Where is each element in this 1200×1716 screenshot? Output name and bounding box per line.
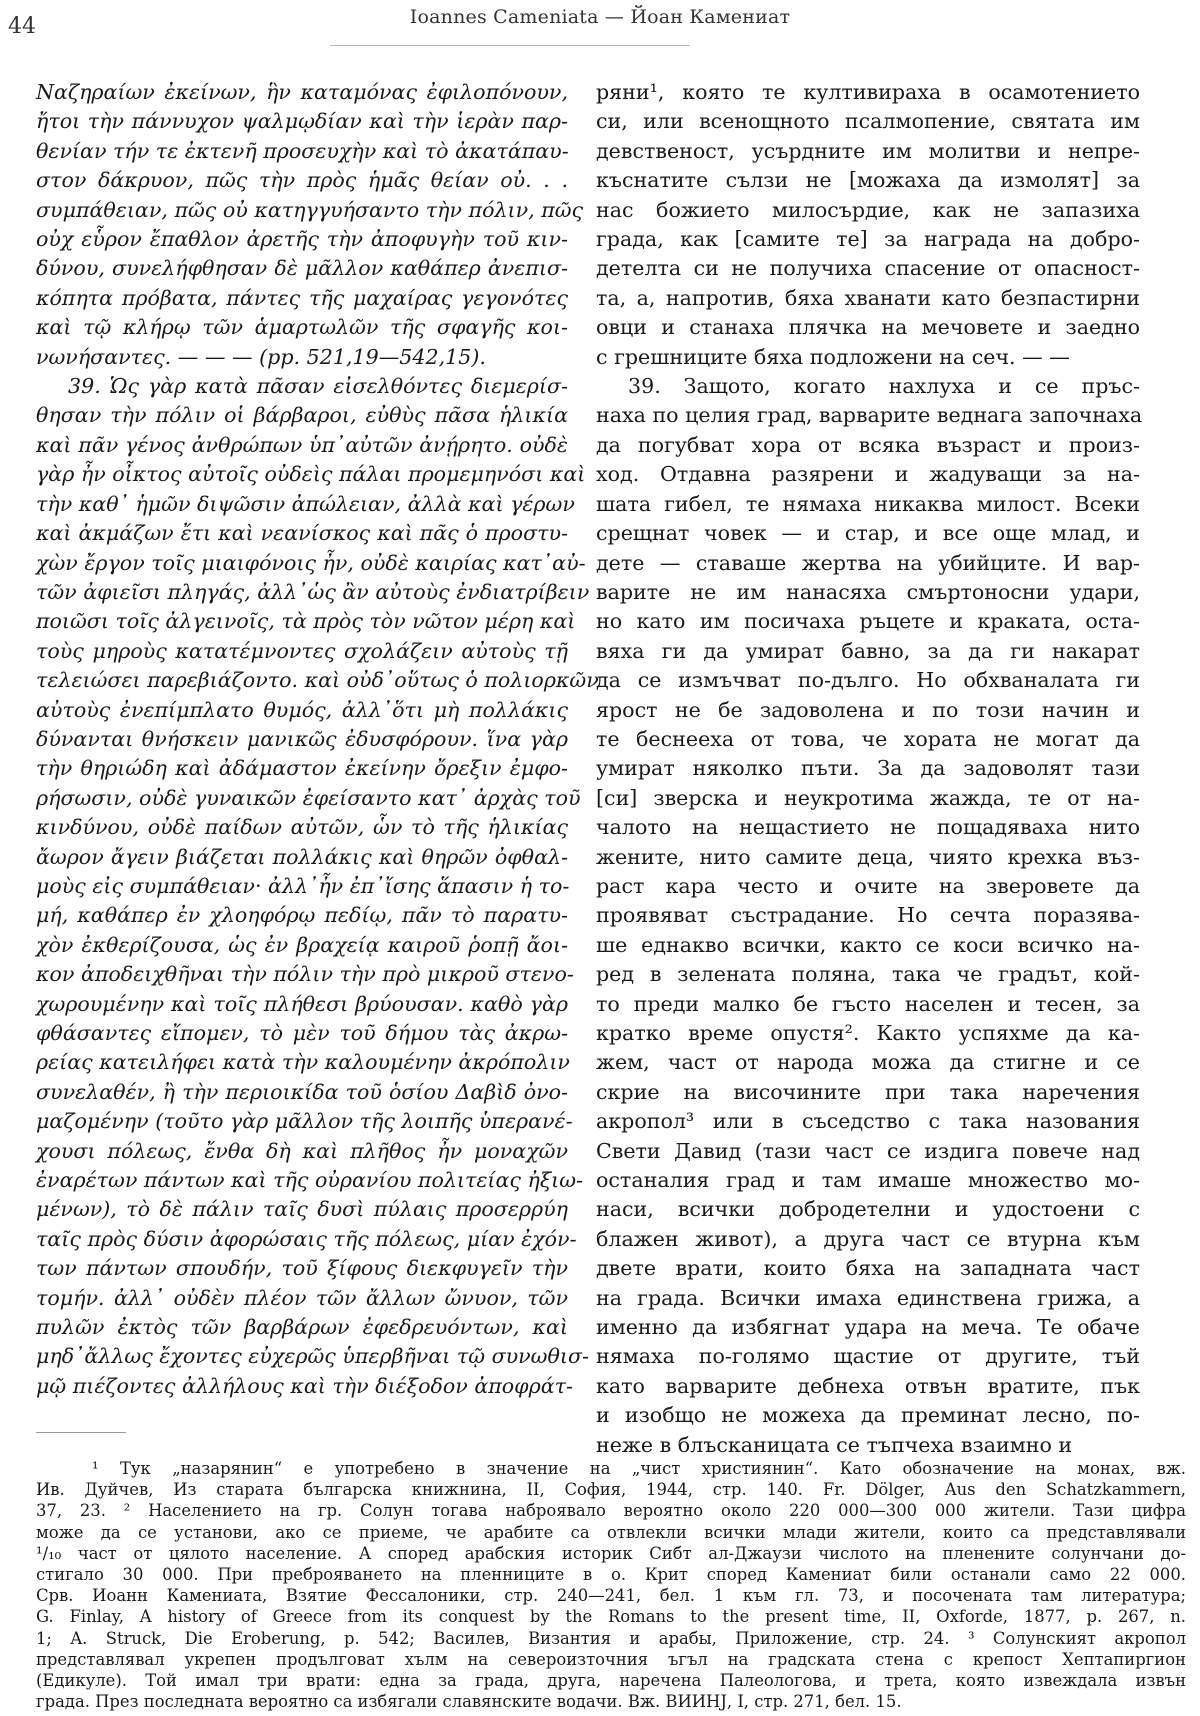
bulgarian-text-line: неже в блъсканицата се тъпчеха взаимно и (596, 1431, 1140, 1460)
bulgarian-text-line: и изобщо не можеха да преминат лесно, по… (596, 1401, 1140, 1430)
greek-text-line: των πάντων σπουδήν, τοῦ ξίφους διεκφυγεῖ… (36, 1254, 568, 1283)
bulgarian-text-column: ряни¹, която те култивираха в осамотение… (596, 78, 1140, 1460)
bulgarian-text-line: като варварите дебнеха отвън вратите, пъ… (596, 1372, 1140, 1401)
greek-text-line: τοὺς μηροὺς κατατέμνοντες σχολάζειν αὐτο… (36, 637, 568, 666)
bulgarian-text-line: да се измъчват по-дълго. Но обхваналата … (596, 666, 1140, 695)
greek-text-line: τῶν ἀφιεῖσι πληγάς, ἀλλ᾽ὡς ἂν αὐτοὺς ἐνδ… (36, 578, 568, 607)
greek-text-line: δύνανται θνήσκειν μανικῶς ἐδυσφόρουν. ἵν… (36, 725, 568, 754)
footnote-line: 1; A. Struck, Die Eroberung, p. 542; Вас… (36, 1628, 1186, 1649)
greek-text-line: ρήσωσιν, οὐδὲ γυναικῶν ἐφείσαντο κατ᾽ ἀρ… (36, 784, 568, 813)
bulgarian-text-line: ред в зелената поляна, така че градът, к… (596, 960, 1140, 989)
greek-text-line: χὸν ἐκθερίζουσα, ὡς ἐν βραχείᾳ καιροῦ ῥο… (36, 931, 568, 960)
greek-text-line: καὶ τῷ κλήρῳ τῶν ἁμαρτωλῶν τῆς σφαγῆς κο… (36, 313, 568, 342)
greek-text-line: στον δάκρυον, πῶς τὴν πρὸς ἡμᾶς θείαν οὐ… (36, 166, 568, 195)
bulgarian-text-line: наси, всички добродетелни и удостоени с (596, 1195, 1140, 1224)
bulgarian-text-line: вяха ги да умират бавно, за да ги накара… (596, 637, 1140, 666)
greek-text-line: καὶ πᾶν γένος ἀνθρώπων ὑπ᾽αὐτῶν ἀνῄρητο.… (36, 431, 568, 460)
greek-text-line: κινδύνου, οὐδὲ παίδων αὐτῶν, ὧν τὸ τῆς ἡ… (36, 813, 568, 842)
greek-text-line: οὐχ εὗρον ἔπαθλον ἀρετῆς τὴν ἀποφυγὴν το… (36, 225, 568, 254)
greek-text-line: συμπάθειαν, πῶς οὐ κατηγγυήσαντο τὴν πόλ… (36, 196, 568, 225)
footnote-line: Срв. Иоанн Камениата, Взятие Фессалоники… (36, 1585, 1186, 1606)
bulgarian-text-line: града, как [самите те] за награда на доб… (596, 225, 1140, 254)
greek-text-column: Ναζηραίων ἐκείνων, ἣν καταμόνας ἐφιλοπόν… (36, 78, 568, 1401)
greek-text-line: μῷ πιέζοντες ἀλλήλους καὶ τὴν διέξοδον ἀ… (36, 1372, 568, 1401)
bulgarian-text-line: на града. Всички имаха единствена грижа,… (596, 1284, 1140, 1313)
greek-text-line: καὶ ἀκμάζων ἔτι καὶ νεανίσκος καὶ πᾶς ὁ … (36, 519, 568, 548)
footnote-rule (36, 1432, 126, 1433)
greek-text-line: τομήν. ἀλλ᾽ οὐδὲν πλέον τῶν ἄλλων ὤνυον,… (36, 1284, 568, 1313)
bulgarian-text-line: нас божието милосърдие, как не запазиха (596, 196, 1140, 225)
footnote-line: (Едикуле). Той имал три врати: една за г… (36, 1670, 1186, 1691)
bulgarian-text-line: ярост не бе задоволена и по този начин и (596, 696, 1140, 725)
bulgarian-text-line: но като им посичаха ръцете и краката, ос… (596, 607, 1140, 636)
bulgarian-text-line: блажен живот), а друга част се втурна къ… (596, 1225, 1140, 1254)
greek-text-line: τὴν θηριώδη καὶ ἀδάμαστον ἐκείνην ὄρεξιν… (36, 754, 568, 783)
greek-text-line: μηδ᾽ἄλλως ἔχοντες εὐχερῶς ὑπερβῆναι τῷ σ… (36, 1342, 568, 1371)
bulgarian-text-line: срещнат човек — и стар, и все още млад, … (596, 519, 1140, 548)
bulgarian-text-line: си, или всенощното псалмопение, святата … (596, 107, 1140, 136)
footnote-line: Ив. Дуйчев, Из старата българска книжнин… (36, 1479, 1186, 1500)
greek-text-line: συνελαθέν, ἢ τὴν περιοικίδα τοῦ ὁσίου Δα… (36, 1078, 568, 1107)
footnote-line: стигало 30 000. При преброяването на пле… (36, 1564, 1186, 1585)
footnote-line: G. Finlay, A history of Greece from its … (36, 1606, 1186, 1627)
greek-text-line: κον ἀποδειχθῆναι τὴν πόλιν τὴν πρὸ μικρο… (36, 960, 568, 989)
greek-text-line: ἄωρον ἄγειν βιάζεται πολλάκις καὶ θηρῶν … (36, 843, 568, 872)
bulgarian-text-line: да погубват хора от всяка възраст и прои… (596, 431, 1140, 460)
bulgarian-text-line: девственост, усърдните им молитви и непр… (596, 137, 1140, 166)
footnote-line: 37, 23. ² Населението на гр. Солун тогав… (36, 1500, 1186, 1521)
bulgarian-text-line: с грешниците бяха подложени на сеч. — — (596, 343, 1140, 372)
greek-text-line: μένων), τὸ δὲ πάλιν ταῖς δυσὶ πύλαις προ… (36, 1195, 568, 1224)
footnote-line: може да се установи, ако се приеме, че а… (36, 1522, 1186, 1543)
bulgarian-text-line: къснатите сълзи не [можаха да измолят] з… (596, 166, 1140, 195)
greek-text-line: ἤτοι τὴν πάννυχον ψαλμῳδίαν καὶ τὴν ἱερὰ… (36, 107, 568, 136)
bulgarian-text-line: скрие на височините при така наречения (596, 1078, 1140, 1107)
greek-text-line: γὰρ ἦν οἶκτος αὐτοῖς οὐδεὶς πάλαι προμεμ… (36, 460, 568, 489)
footnote-line: представлявал укрепен продълговат хълм н… (36, 1649, 1186, 1670)
greek-text-line: νωνήσαντες. — — — (pp. 521,19—542,15). (36, 343, 568, 372)
greek-text-line: μή, καθάπερ ἐν χλοηφόρῳ πεδίῳ, πᾶν τὸ πα… (36, 901, 568, 930)
greek-text-line: θενίαν τήν τε ἐκτενῆ προσευχὴν καὶ τὸ ἀκ… (36, 137, 568, 166)
bulgarian-text-line: нямаха по-голямо щастие от другите, тъй (596, 1342, 1140, 1371)
bulgarian-text-line: варите не им нанасяха смъртоносни удари, (596, 578, 1140, 607)
greek-text-line: τελειώσει παρεβιάζοντο. καὶ οὐδ᾽οὕτως ὁ … (36, 666, 568, 695)
greek-text-line: ἐναρέτων πάντων καὶ τῆς οὐρανίου πολιτεί… (36, 1166, 568, 1195)
bulgarian-text-line: проявяват състрадание. Но сечта поразява… (596, 901, 1140, 930)
bulgarian-text-line: ше еднакво всички, както се коси всичко … (596, 931, 1140, 960)
greek-text-line: χουσι πόλεως, ἔνθα δὴ καὶ πλῆθος ἦν μονα… (36, 1137, 568, 1166)
bulgarian-text-line: акропол³ или в съседство с така назовани… (596, 1107, 1140, 1136)
bulgarian-text-line: то преди малко бе гъсто населен и тесен,… (596, 990, 1140, 1019)
bulgarian-text-line: чалото на нещастието не пощадяваха нито (596, 813, 1140, 842)
greek-text-line: χωρουμένην καὶ τοῖς πλήθεσι βρύουσαν. κα… (36, 990, 568, 1019)
bulgarian-text-line: жем, част от народа можа да стигне и се (596, 1048, 1140, 1077)
greek-text-line: ρείας κατειλήφει κατὰ τὴν καλουμένην ἀκρ… (36, 1048, 568, 1077)
bulgarian-text-line: шата гибел, те нямаха никаква милост. Вс… (596, 490, 1140, 519)
bulgarian-text-line: дете — ставаше жертва на убийците. И вар… (596, 549, 1140, 578)
greek-text-line: δύνου, συνελήφθησαν δὲ μᾶλλον καθάπερ ἀν… (36, 254, 568, 283)
footnote-line: града. През последната вероятно са избяг… (36, 1691, 1186, 1712)
bulgarian-text-line: кратко време опустя². Както успяхме да к… (596, 1019, 1140, 1048)
bulgarian-text-line: Свети Давид (тази част се издига повече … (596, 1137, 1140, 1166)
greek-text-line: φθάσαντες εἴπομεν, τὸ μὲν τοῦ δήμου τὰς … (36, 1019, 568, 1048)
bulgarian-text-line: детелта си не получиха спасение от опасн… (596, 254, 1140, 283)
bulgarian-text-line: ход. Отдавна разярени и жадуващи за на- (596, 460, 1140, 489)
greek-text-line: αὐτοὺς ἐνεπίμπλατο θυμός, ἀλλ᾽ὅτι μὴ πολ… (36, 696, 568, 725)
bulgarian-text-line: ряни¹, която те култивираха в осамотение… (596, 78, 1140, 107)
greek-text-line: πυλῶν ἐκτὸς τῶν βαρβάρων ἐφεδρευόντων, κ… (36, 1313, 568, 1342)
bulgarian-text-line: наха по целия град, варварите веднага за… (596, 401, 1140, 430)
bulgarian-text-line: та, а, напротив, бяха хванати като безпа… (596, 284, 1140, 313)
bulgarian-text-line: умират няколко пъти. За да задоволят таз… (596, 754, 1140, 783)
greek-text-line: κόπητα πρόβατα, πάντες τῆς μαχαίρας γεγο… (36, 284, 568, 313)
footnote-line: ¹ Тук „назарянин“ е употребено в значени… (36, 1458, 1186, 1479)
header-rule (330, 45, 690, 46)
bulgarian-text-line: останалия град и там имаше множество мо- (596, 1166, 1140, 1195)
greek-text-line: ποιῶσι τοῖς ἀλγεινοῖς, τὰ πρὸς τὸν νῶτον… (36, 607, 568, 636)
greek-text-line: Ναζηραίων ἐκείνων, ἣν καταμόνας ἐφιλοπόν… (36, 78, 568, 107)
bulgarian-text-line: те беснееха от това, че хората не могат … (596, 725, 1140, 754)
greek-text-line: μαζομένην (τοῦτο γὰρ μᾶλλον τῆς λοιπῆς ὑ… (36, 1107, 568, 1136)
greek-text-line: χὼν ἔργον τοῖς μιαιφόνοις ἦν, οὐδὲ καιρί… (36, 549, 568, 578)
greek-text-line: θησαν τὴν πόλιν οἱ βάρβαροι, εὐθὺς πᾶσα … (36, 401, 568, 430)
bulgarian-text-line: двете врати, които бяха на западната час… (596, 1254, 1140, 1283)
running-title: Ioannes Cameniata — Йоан Камениат (0, 6, 1200, 28)
bulgarian-text-line: 39. Защото, когато нахлуха и се пръс- (596, 372, 1140, 401)
footnotes: ¹ Тук „назарянин“ е употребено в значени… (36, 1458, 1186, 1712)
bulgarian-text-line: жените, нито самите деца, чиято крехка в… (596, 843, 1140, 872)
greek-text-line: 39. Ὡς γὰρ κατὰ πᾶσαν εἰσελθόντες διεμερ… (36, 372, 568, 401)
greek-text-line: ταῖς πρὸς δύσιν ἀφορώσαις τῆς πόλεως, μί… (36, 1225, 568, 1254)
footnote-line: ¹/₁₀ част от цялото население. А според … (36, 1543, 1186, 1564)
bulgarian-text-line: именно да избягнат удара на меча. Те оба… (596, 1313, 1140, 1342)
bulgarian-text-line: овци и станаха плячка на мечовете и заед… (596, 313, 1140, 342)
bulgarian-text-line: [си] зверска и неукротима жажда, те от н… (596, 784, 1140, 813)
greek-text-line: τὴν καθ᾽ ἡμῶν διψῶσιν ἀπώλειαν, ἀλλὰ καὶ… (36, 490, 568, 519)
bulgarian-text-line: раст кара често и очите на зверовете да (596, 872, 1140, 901)
greek-text-line: μοὺς εἰς συμπάθειαν· ἀλλ᾽ἦν ἐπ᾽ἴσης ἅπασ… (36, 872, 568, 901)
